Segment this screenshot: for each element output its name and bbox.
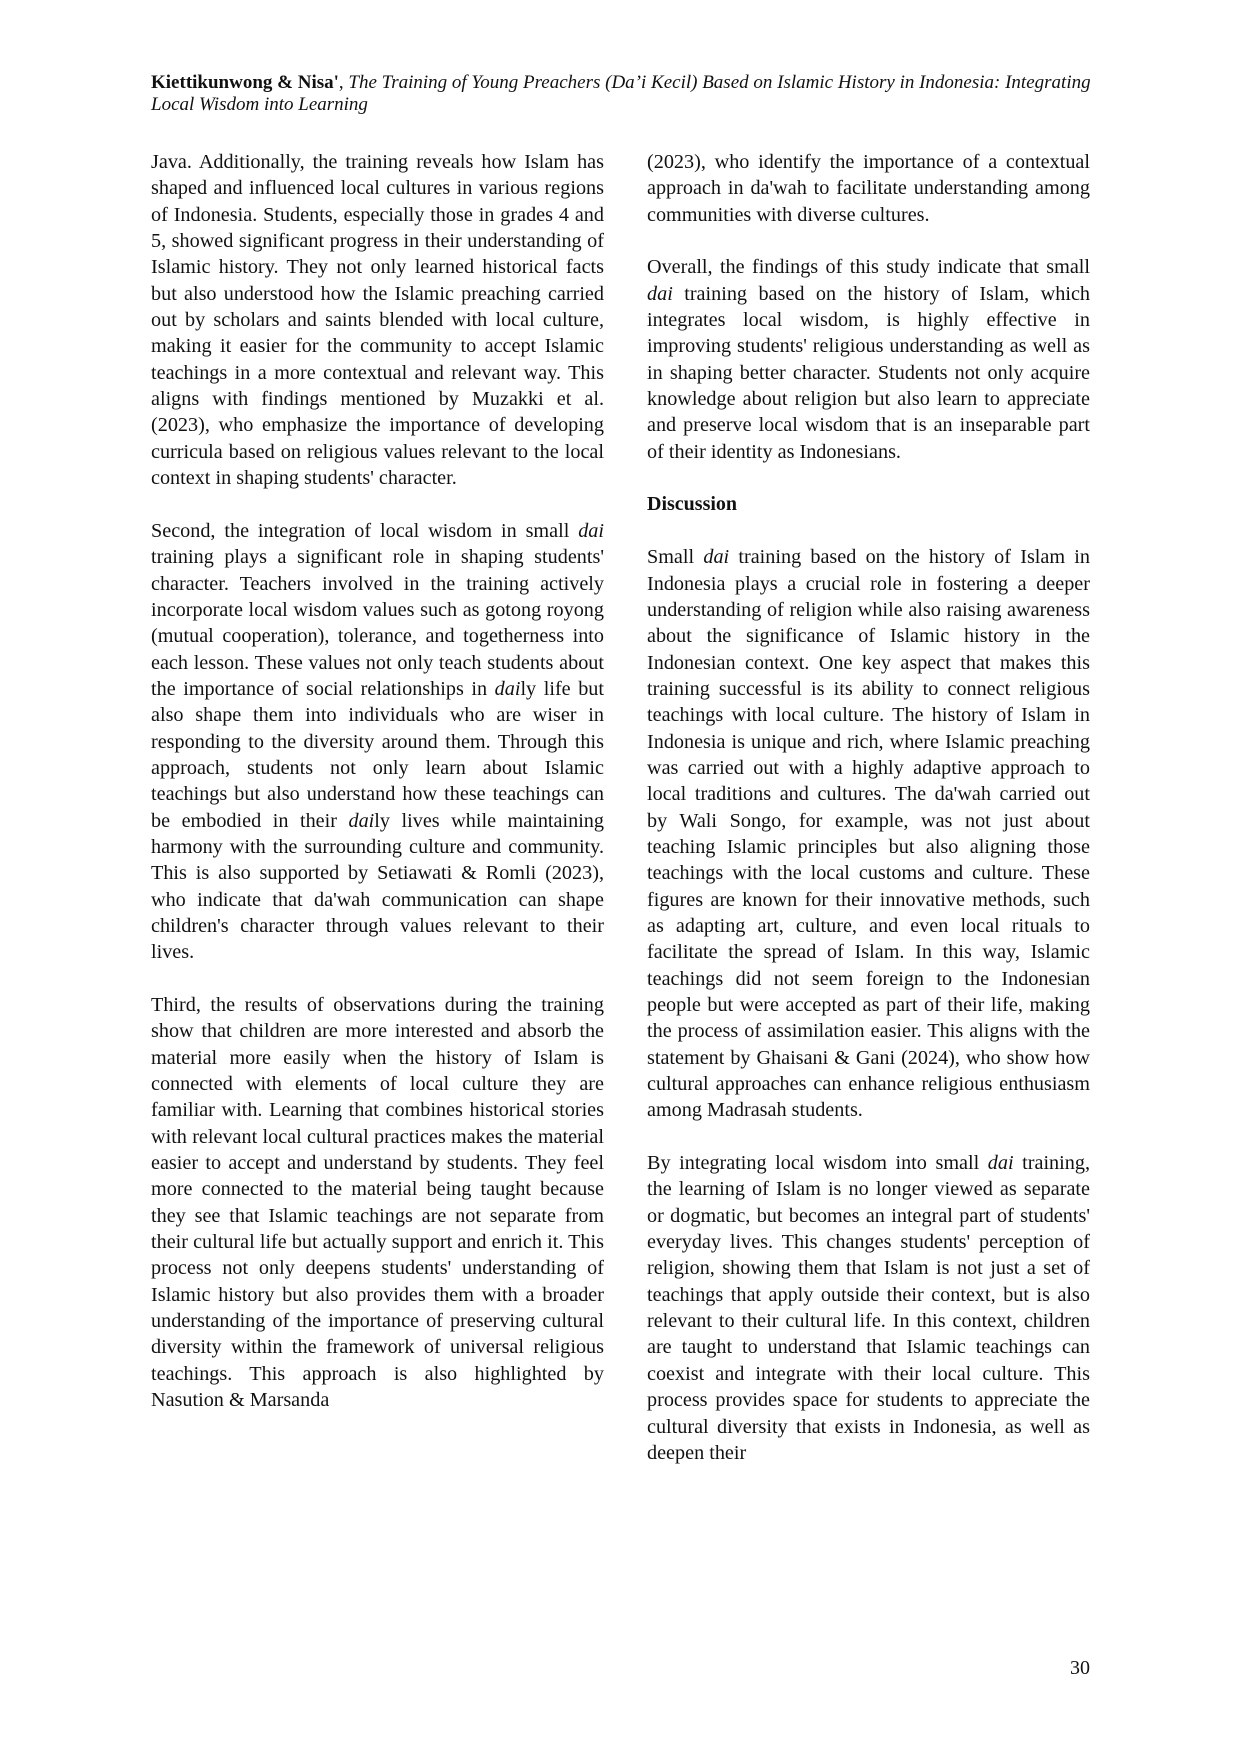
text-run: ly life but also shape them into individ… xyxy=(151,678,604,832)
paragraph-right-2: Overall, the findings of this study indi… xyxy=(647,254,1090,465)
italic-term: dai xyxy=(578,520,604,542)
text-run: Small xyxy=(647,546,703,568)
page-number: 30 xyxy=(1070,1656,1090,1680)
running-head: Kiettikunwong & Nisa', The Training of Y… xyxy=(151,72,1091,116)
paragraph-right-4: By integrating local wisdom into small d… xyxy=(647,1150,1090,1466)
text-run: training plays a significant role in sha… xyxy=(151,546,604,700)
document-page: Kiettikunwong & Nisa', The Training of Y… xyxy=(0,0,1242,1754)
text-run: training, the learning of Islam is no lo… xyxy=(647,1152,1090,1464)
paragraph-left-1: Java. Additionally, the training reveals… xyxy=(151,149,604,491)
paragraph-right-1: (2023), who identify the importance of a… xyxy=(647,149,1090,228)
italic-term: dai xyxy=(348,810,374,832)
right-column: (2023), who identify the importance of a… xyxy=(647,149,1090,1466)
running-head-authors: Kiettikunwong & Nisa' xyxy=(151,72,339,93)
text-run: Second, the integration of local wisdom … xyxy=(151,520,578,542)
italic-term: dai xyxy=(495,678,521,700)
text-run: By integrating local wisdom into small xyxy=(647,1152,988,1174)
text-run: training based on the history of Islam, … xyxy=(647,283,1090,463)
paragraph-left-3: Third, the results of observations durin… xyxy=(151,992,604,1414)
paragraph-right-3: Small dai training based on the history … xyxy=(647,544,1090,1124)
italic-term: dai xyxy=(988,1152,1014,1174)
italic-term: dai xyxy=(647,283,673,305)
running-head-separator: , xyxy=(339,72,349,93)
text-run: training based on the history of Islam i… xyxy=(647,546,1090,1121)
italic-term: dai xyxy=(703,546,729,568)
section-heading-discussion: Discussion xyxy=(647,491,1090,517)
text-run: Overall, the findings of this study indi… xyxy=(647,256,1090,278)
left-column: Java. Additionally, the training reveals… xyxy=(151,149,604,1414)
text-run: ly lives while maintaining harmony with … xyxy=(151,810,604,964)
paragraph-left-2: Second, the integration of local wisdom … xyxy=(151,518,604,966)
